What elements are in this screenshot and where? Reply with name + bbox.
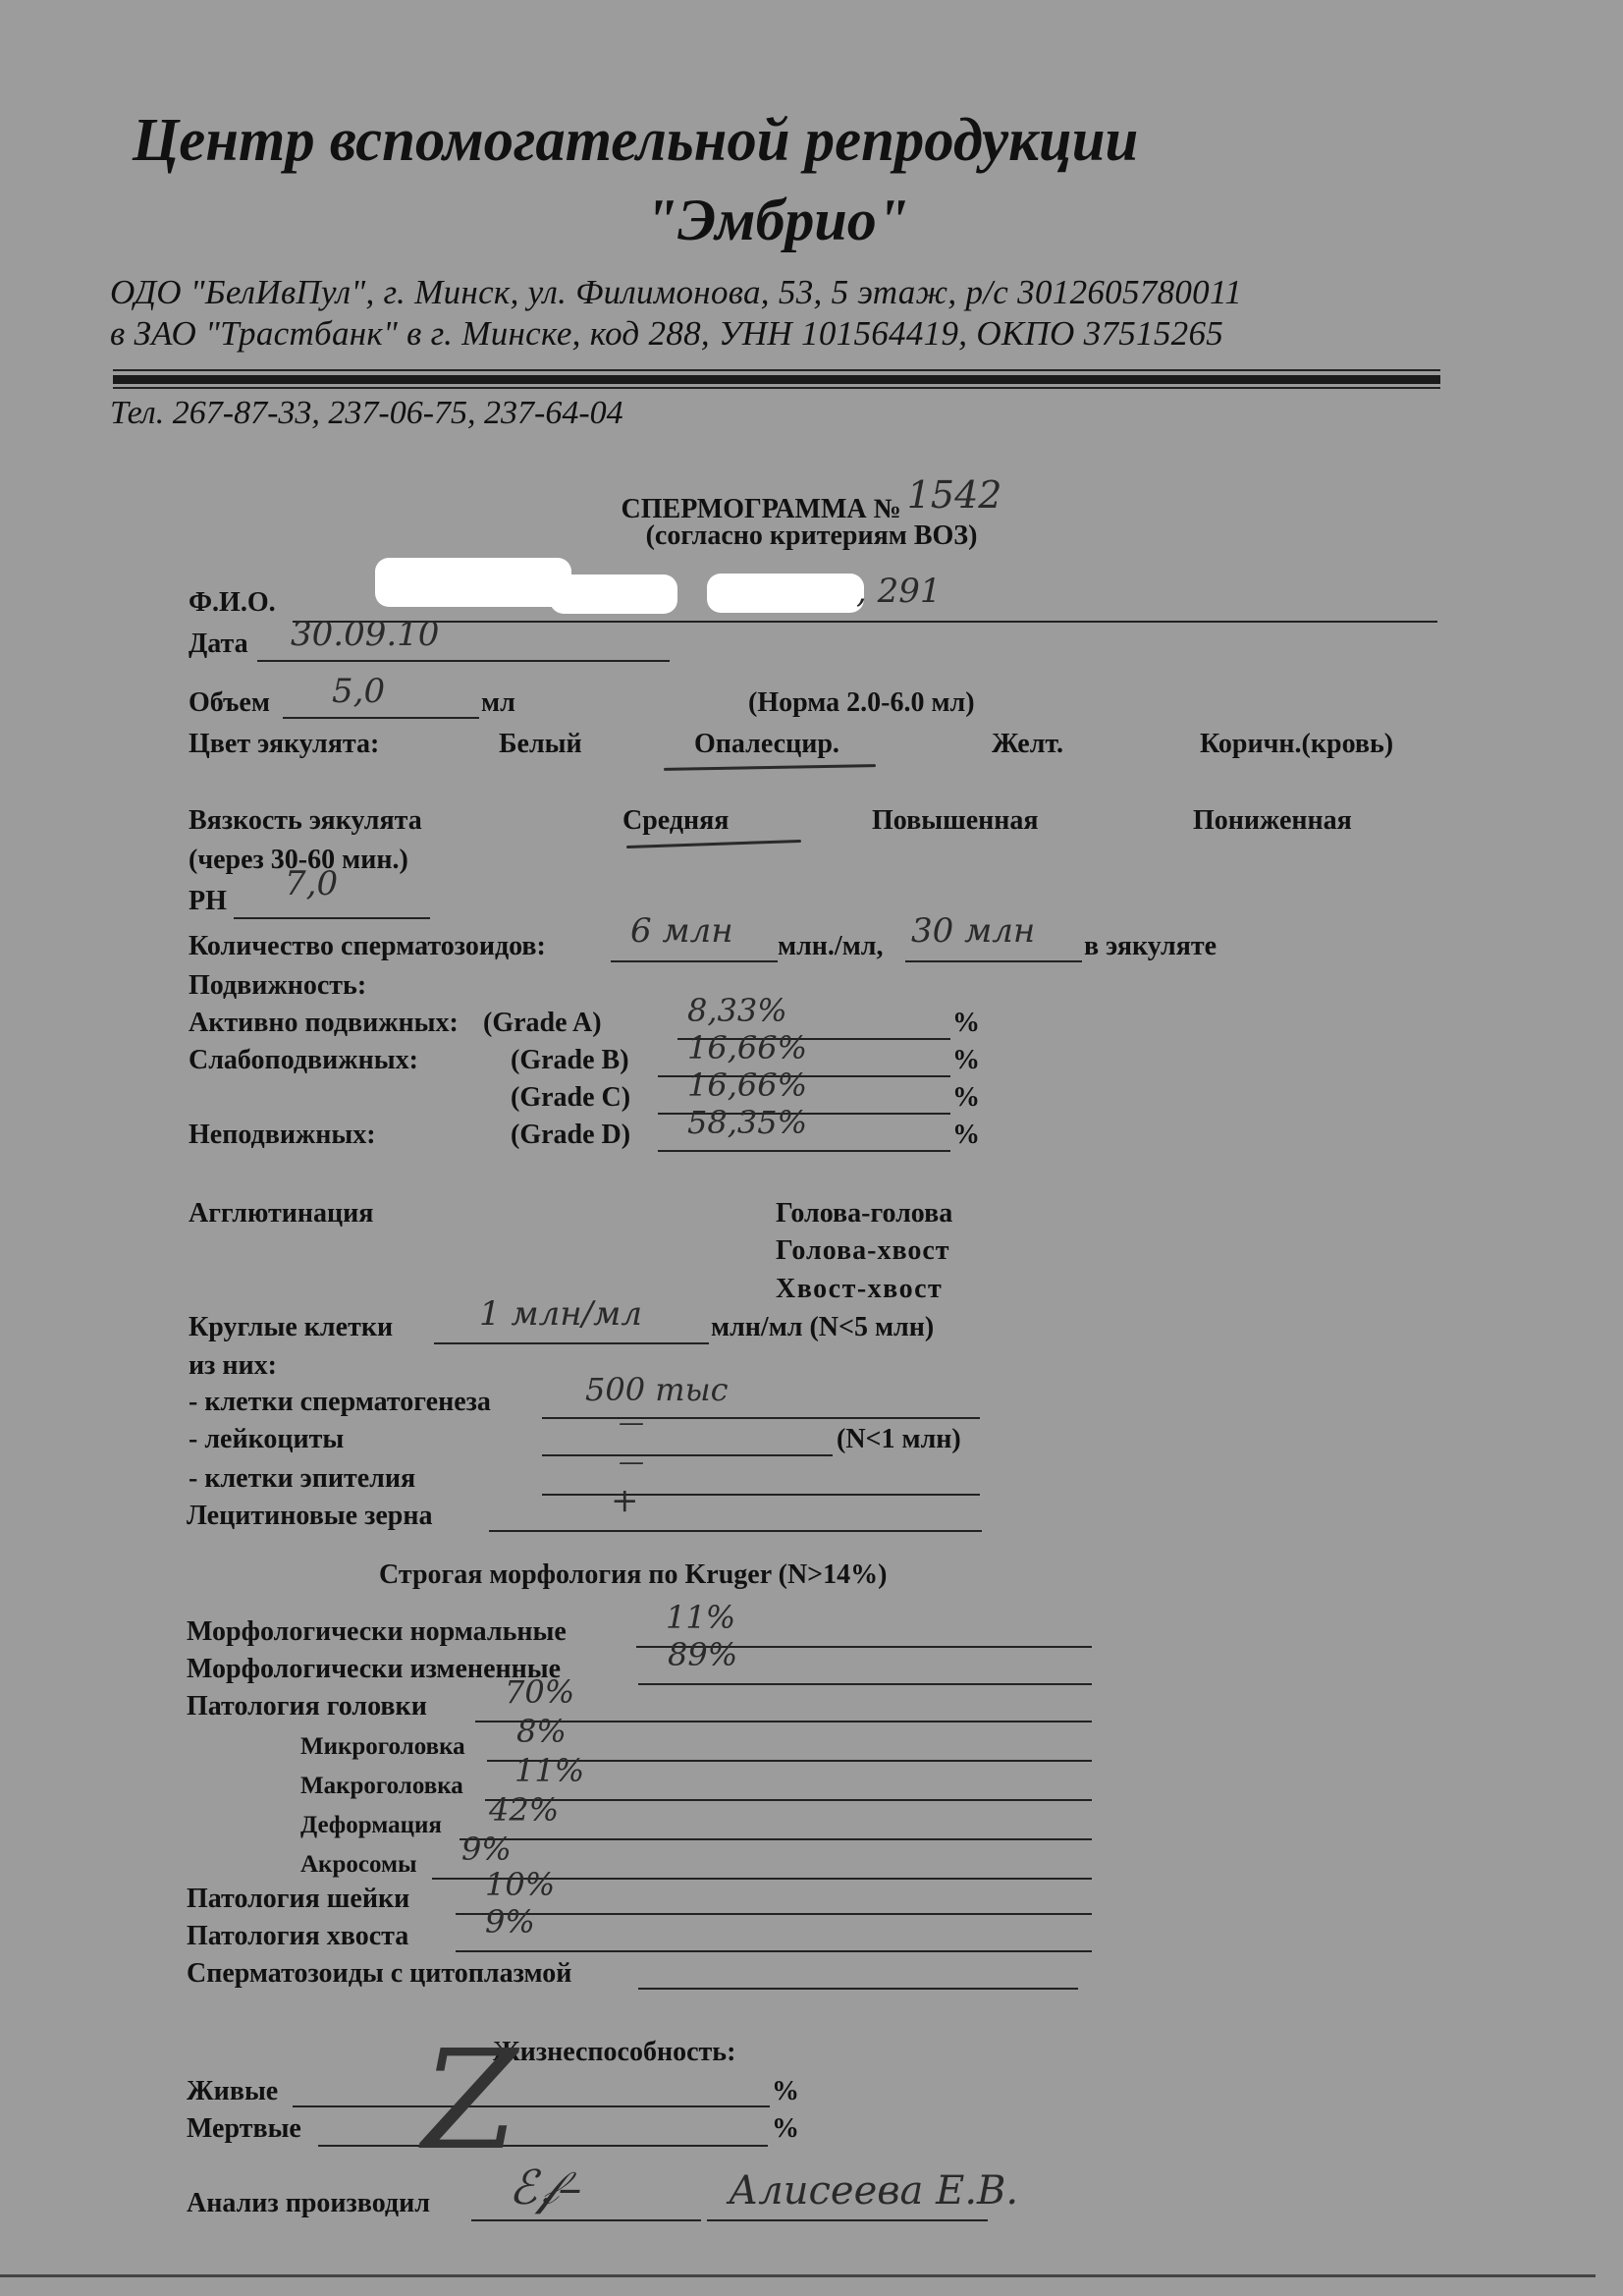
name-field-line[interactable] — [293, 621, 1437, 623]
morphology-field-line[interactable] — [475, 1721, 1092, 1722]
morphology-field-line[interactable] — [456, 1950, 1092, 1952]
viscosity-label: Вязкость эякулята — [189, 805, 422, 837]
round-cell-subrow-label: - клетки эпителия — [189, 1463, 415, 1495]
header-divider-bottom — [113, 387, 1440, 389]
round-cells-value: 1 млн/мл — [479, 1294, 642, 1334]
motility-unit: % — [952, 1008, 980, 1039]
analyst-name-line[interactable] — [707, 2219, 988, 2221]
header-divider-thick — [113, 375, 1440, 384]
name-value: , 291 — [856, 572, 942, 611]
morphology-row-label: Микроголовка — [300, 1733, 465, 1761]
round-cell-subrow-label: - клетки сперматогенеза — [189, 1387, 491, 1418]
vitality-strike-mark: Z — [422, 2033, 517, 2170]
count-total-line[interactable] — [905, 960, 1082, 962]
name-label: Ф.И.О. — [189, 587, 276, 619]
morphology-row-label: Деформация — [300, 1812, 442, 1839]
motility-value: 58,35% — [687, 1104, 807, 1141]
document-number: 1542 — [907, 473, 1002, 517]
agglutination-head-head[interactable]: Голова-голова — [776, 1198, 952, 1230]
document-subtitle: (согласно критериям ВОЗ) — [0, 520, 1623, 552]
viscosity-selected-underline — [626, 840, 801, 848]
round-cell-subrow-line[interactable] — [542, 1454, 833, 1456]
round-cell-subrow-value: — — [619, 1448, 644, 1477]
signature-line[interactable] — [471, 2219, 701, 2221]
agglutination-label: Агглютинация — [189, 1198, 373, 1230]
morphology-field-line[interactable] — [485, 1799, 1092, 1801]
morphology-row-label: Патология хвоста — [187, 1921, 408, 1952]
volume-norm: (Норма 2.0-6.0 мл) — [748, 687, 975, 719]
count-label: Количество сперматозоидов: — [189, 931, 546, 962]
morphology-row-label: Сперматозоиды с цитоплазмой — [187, 1958, 571, 1990]
morphology-value: 89% — [668, 1636, 737, 1673]
morphology-row-label: Морфологически нормальные — [187, 1616, 567, 1648]
morphology-row-label: Макроголовка — [300, 1773, 463, 1800]
motility-value: 8,33% — [687, 992, 787, 1029]
motility-unit: % — [952, 1082, 980, 1114]
viscosity-option-high[interactable]: Повышенная — [872, 805, 1039, 837]
motility-value: 16,66% — [687, 1066, 807, 1104]
motility-field-line[interactable] — [658, 1150, 950, 1152]
morphology-value: 11% — [666, 1599, 735, 1636]
page-bottom-edge — [0, 2274, 1596, 2277]
volume-label: Объем — [189, 687, 270, 719]
dead-label: Мертвые — [187, 2113, 301, 2145]
motility-row-label: Слабоподвижных: — [189, 1045, 418, 1076]
clinic-phones: Тел. 267-87-33, 237-06-75, 237-64-04 — [110, 395, 623, 432]
header-divider-top — [113, 369, 1440, 371]
morphology-row-label: Патология головки — [187, 1691, 427, 1722]
color-selected-underline — [664, 764, 876, 771]
morphology-field-line[interactable] — [456, 1913, 1092, 1915]
ph-label: PH — [189, 886, 227, 917]
count-per-ml-value: 6 млн — [630, 911, 733, 951]
round-cells-of-them: из них: — [189, 1350, 277, 1382]
count-per-ml-unit: млн./мл, — [778, 931, 883, 962]
volume-field-line[interactable] — [283, 717, 479, 719]
motility-row-label: Активно подвижных: — [189, 1008, 459, 1039]
morphology-field-line[interactable] — [460, 1838, 1092, 1840]
alive-line[interactable] — [293, 2105, 770, 2107]
morphology-field-line[interactable] — [638, 1988, 1078, 1990]
lecithin-value: + — [611, 1481, 639, 1520]
clinic-address-line2: в ЗАО "Трастбанк" в г. Минске, код 288, … — [110, 314, 1223, 354]
color-label: Цвет эякулята: — [189, 729, 379, 760]
round-cell-subrow-value: — — [619, 1408, 644, 1438]
motility-value: 16,66% — [687, 1029, 807, 1066]
dead-unit: % — [772, 2113, 799, 2145]
analyst-label: Анализ производил — [187, 2188, 430, 2219]
motility-unit: % — [952, 1120, 980, 1151]
motility-grade: (Grade C) — [511, 1082, 630, 1114]
redacted-name-3 — [707, 574, 864, 613]
date-value: 30.09.10 — [291, 615, 439, 654]
alive-label: Живые — [187, 2076, 278, 2107]
color-option-yellow[interactable]: Желт. — [992, 729, 1063, 760]
morphology-row-label: Патология шейки — [187, 1884, 409, 1915]
round-cells-line[interactable] — [434, 1342, 709, 1344]
round-cell-subrow-line[interactable] — [542, 1417, 980, 1419]
color-option-white[interactable]: Белый — [499, 729, 582, 760]
clinic-name: "Эмбрио" — [0, 187, 1554, 254]
volume-value: 5,0 — [332, 672, 385, 711]
round-cell-subrow-label: - лейкоциты — [189, 1424, 344, 1455]
redacted-name-2 — [550, 574, 677, 614]
clinic-title: Центр вспомогательной репродукции — [133, 106, 1138, 176]
volume-unit: мл — [481, 687, 515, 719]
morphology-value: 42% — [489, 1791, 559, 1829]
morphology-value: 11% — [514, 1752, 584, 1789]
clinic-address-line1: ОДО "БелИвПул", г. Минск, ул. Филимонова… — [110, 273, 1242, 312]
analyst-name: Алисеева Е.В. — [729, 2168, 1018, 2214]
alive-unit: % — [772, 2076, 799, 2107]
color-option-brown[interactable]: Коричн.(кровь) — [1200, 729, 1393, 760]
date-label: Дата — [189, 629, 248, 660]
round-cell-subrow-line[interactable] — [542, 1494, 980, 1496]
motility-row-label: Неподвижных: — [189, 1120, 376, 1151]
round-cells-label: Круглые клетки — [189, 1312, 393, 1343]
morphology-value: 10% — [485, 1866, 555, 1903]
motility-label: Подвижность: — [189, 970, 366, 1002]
dead-line[interactable] — [318, 2145, 768, 2147]
motility-unit: % — [952, 1045, 980, 1076]
count-per-ml-line[interactable] — [611, 960, 778, 962]
morphology-value: 70% — [505, 1673, 574, 1711]
morphology-field-line[interactable] — [638, 1683, 1092, 1685]
ph-value: 7,0 — [285, 864, 338, 903]
morphology-value: 9% — [485, 1903, 535, 1941]
motility-grade: (Grade D) — [511, 1120, 630, 1151]
morphology-value: 9% — [461, 1831, 512, 1868]
viscosity-option-low[interactable]: Пониженная — [1193, 805, 1352, 837]
count-total-unit: в эякуляте — [1084, 931, 1217, 962]
motility-grade: (Grade B) — [511, 1045, 629, 1076]
round-cell-subrow-suffix: (N<1 млн) — [837, 1424, 961, 1455]
count-total-value: 30 млн — [911, 911, 1035, 951]
morphology-row-label: Акросомы — [300, 1851, 417, 1879]
ph-field-line[interactable] — [234, 917, 430, 919]
redacted-name — [375, 558, 571, 607]
analyst-signature: ℰ𝒻– — [509, 2160, 581, 2216]
round-cell-subrow-value: 500 тыс — [585, 1371, 729, 1408]
lecithin-label: Лецитиновые зерна — [187, 1501, 432, 1532]
agglutination-tail-tail[interactable]: Хвост-хвост — [776, 1274, 943, 1305]
date-field-line[interactable] — [257, 660, 670, 662]
morphology-value: 8% — [516, 1713, 567, 1750]
color-option-opalescent[interactable]: Опалесцир. — [694, 729, 839, 760]
motility-grade: (Grade A) — [483, 1008, 602, 1039]
viscosity-option-medium[interactable]: Средняя — [622, 805, 729, 837]
round-cells-unit: млн/мл (N<5 млн) — [711, 1312, 934, 1343]
agglutination-head-tail[interactable]: Голова-хвост — [776, 1235, 950, 1267]
morphology-title: Строгая морфология по Kruger (N>14%) — [379, 1559, 887, 1591]
vitality-title: Жизнеспособность: — [493, 2037, 735, 2068]
lecithin-line[interactable] — [489, 1530, 982, 1532]
